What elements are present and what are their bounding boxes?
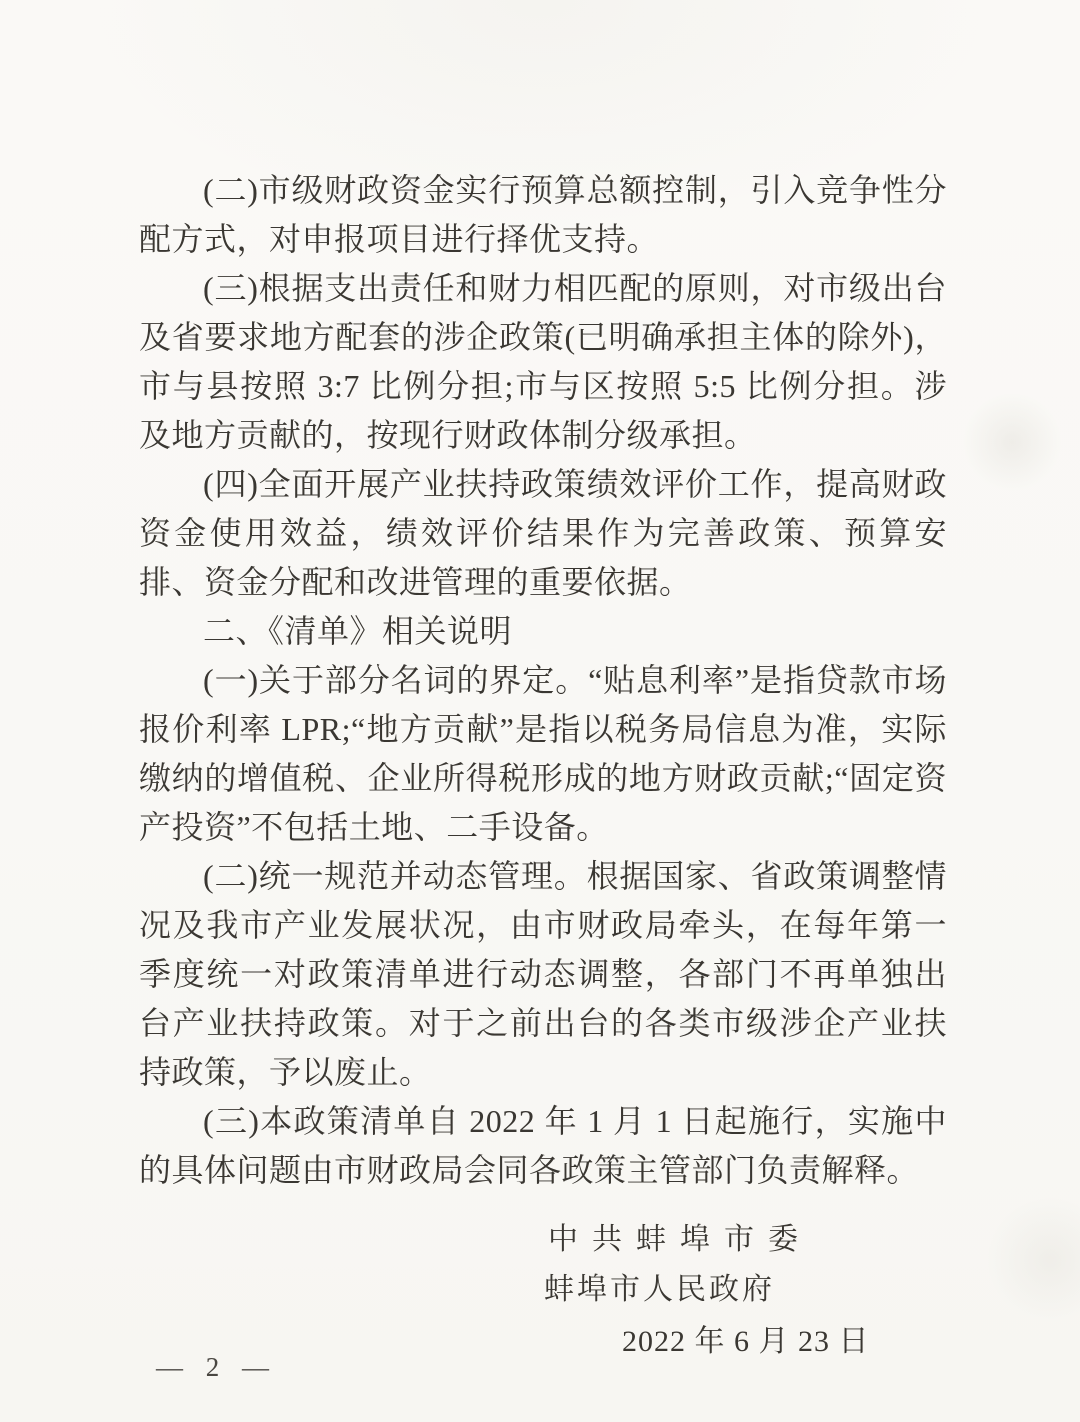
body-paragraph: (三)根据支出责任和财力相匹配的原则，对市级出台及省要求地方配套的涉企政策(已明… (139, 264, 947, 460)
body-paragraph: (一)关于部分名词的界定。“贴息利率”是指贷款市场报价利率 LPR;“地方贡献”… (139, 656, 947, 852)
section-heading: 二、《清单》相关说明 (139, 607, 947, 656)
signature-block: 中共蚌埠市委 蚌埠市人民政府 2022 年 6 月 23 日 (0, 1204, 1080, 1374)
body-paragraph: (三)本政策清单自 2022 年 1 月 1 日起施行，实施中的具体问题由市财政… (139, 1097, 947, 1195)
body-paragraph: (二)市级财政资金实行预算总额控制，引入竞争性分配方式，对申报项目进行择优支持。 (139, 166, 947, 264)
signature-org-party-committee: 中共蚌埠市委 (548, 1214, 812, 1258)
body-paragraph: (二)统一规范并动态管理。根据国家、省政策调整情况及我市产业发展状况，由市财政局… (139, 852, 947, 1097)
signature-org-municipal-government: 蚌埠市人民政府 (544, 1264, 775, 1308)
signature-date: 2022 年 6 月 23 日 (622, 1316, 870, 1360)
body-paragraph: (四)全面开展产业扶持政策绩效评价工作，提高财政资金使用效益，绩效评价结果作为完… (139, 460, 947, 607)
page-number: — 2 — (156, 1352, 277, 1383)
scanned-document-page: (二)市级财政资金实行预算总额控制，引入竞争性分配方式，对申报项目进行择优支持。… (0, 0, 1080, 1422)
document-body: (二)市级财政资金实行预算总额控制，引入竞争性分配方式，对申报项目进行择优支持。… (139, 166, 947, 1195)
